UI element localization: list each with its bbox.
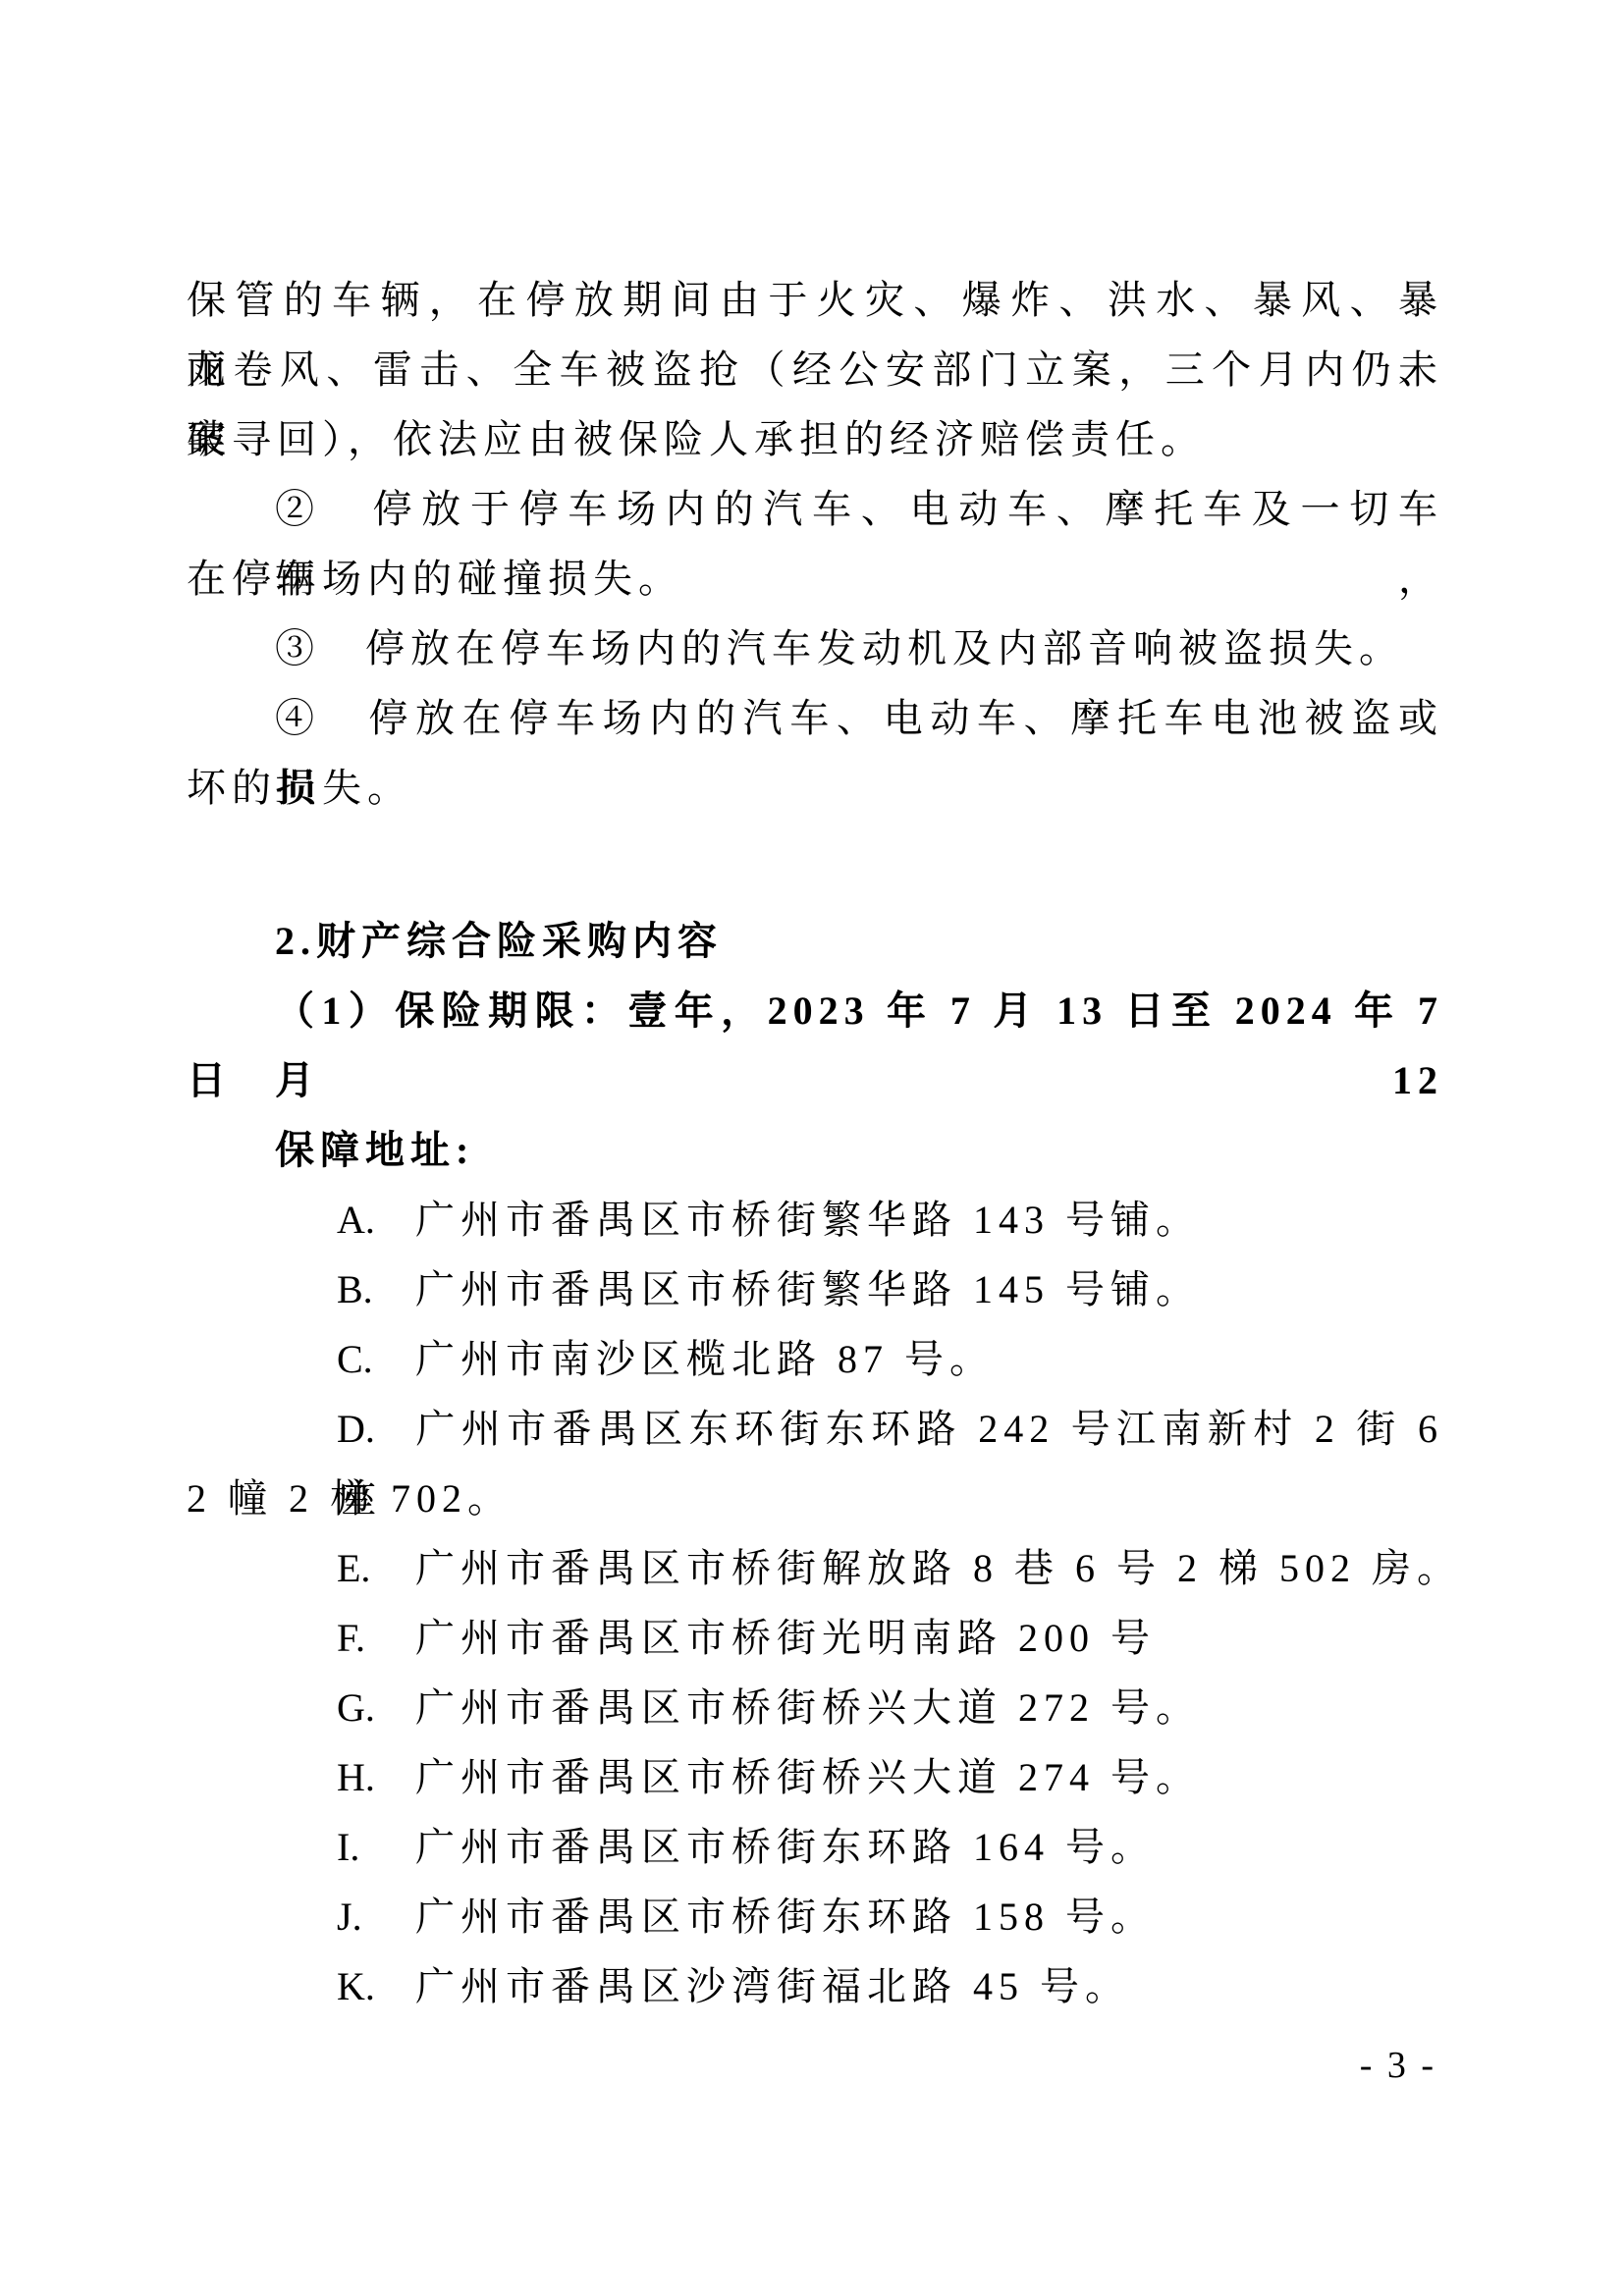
heading-line: 保障地址: — [187, 1115, 1443, 1185]
page-number: - 3 - — [1360, 2045, 1436, 2086]
address-item-label: I. — [337, 1812, 415, 1882]
address-item-text: 广州市番禺区市桥街东环路 164 号。 — [415, 1825, 1156, 1869]
address-line: G.广州市番禺区市桥街桥兴大道 272 号。 — [187, 1673, 1443, 1742]
address-item-text: 广州市南沙区榄北路 87 号。 — [415, 1337, 995, 1381]
page-footer: - 3 - — [0, 2044, 1436, 2087]
address-item-label: K. — [337, 1951, 415, 2021]
address-line: F.广州市番禺区市桥街光明南路 200 号 — [187, 1603, 1443, 1673]
address-item-label: H. — [337, 1742, 415, 1812]
address-item-label: A. — [337, 1185, 415, 1255]
address-line: I.广州市番禺区市桥街东环路 164 号。 — [187, 1812, 1443, 1882]
address-item-label: J. — [337, 1882, 415, 1951]
address-line: B.广州市番禺区市桥街繁华路 145 号铺。 — [187, 1255, 1443, 1324]
address-line: C.广州市南沙区榄北路 87 号。 — [187, 1324, 1443, 1394]
address-item-text: 广州市番禺区市桥街桥兴大道 272 号。 — [415, 1685, 1201, 1730]
address-item-text: 广州市番禺区市桥街桥兴大道 274 号。 — [415, 1755, 1201, 1799]
document-body: 保管的车辆，在停放期间由于火灾、爆炸、洪水、暴风、暴雨、龙卷风、雷击、全车被盗抢… — [187, 265, 1443, 2021]
heading-line: （1）保险期限：壹年，2023 年 7 月 13 日至 2024 年 7 月 1… — [187, 976, 1443, 1045]
text-line: 坏的损失。 — [187, 753, 1443, 823]
address-item-label: F. — [337, 1603, 415, 1673]
address-item-text: 广州市番禺区市桥街繁华路 143 号铺。 — [415, 1198, 1201, 1242]
address-item-label: B. — [337, 1255, 415, 1324]
address-item-label: D. — [337, 1394, 415, 1464]
address-line: A.广州市番禺区市桥街繁华路 143 号铺。 — [187, 1185, 1443, 1255]
address-item-text: 广州市番禺区沙湾街福北路 45 号。 — [415, 1964, 1130, 2008]
address-item-label: E. — [337, 1533, 415, 1603]
address-item-text: 广州市番禺区市桥街东环路 158 号。 — [415, 1895, 1156, 1939]
blank-line — [187, 823, 1443, 892]
address-line: H.广州市番禺区市桥街桥兴大道 274 号。 — [187, 1742, 1443, 1812]
address-line: E.广州市番禺区市桥街解放路 8 巷 6 号 2 梯 502 房。 — [187, 1533, 1443, 1603]
address-line: J.广州市番禺区市桥街东环路 158 号。 — [187, 1882, 1443, 1951]
address-item-text: 广州市番禺区市桥街解放路 8 巷 6 号 2 梯 502 房。 — [415, 1546, 1462, 1590]
address-item-text: 广州市番禺区市桥街光明南路 200 号 — [415, 1616, 1156, 1660]
address-item-label: C. — [337, 1324, 415, 1394]
text-line: 案寻回），依法应由被保险人承担的经济赔偿责任。 — [187, 404, 1443, 474]
address-item-label: G. — [337, 1673, 415, 1742]
document-page: 保管的车辆，在停放期间由于火灾、爆炸、洪水、暴风、暴雨、龙卷风、雷击、全车被盗抢… — [0, 0, 1624, 2296]
address-line: D.广州市番禺区东环街东环路 242 号江南新村 2 街 6 座 — [187, 1394, 1443, 1464]
text-line: 保管的车辆，在停放期间由于火灾、爆炸、洪水、暴风、暴雨、 — [187, 265, 1443, 335]
text-line: 龙卷风、雷击、全车被盗抢（经公安部门立案，三个月内仍未破 — [187, 335, 1443, 404]
text-line: ④ 停放在停车场内的汽车、电动车、摩托车电池被盗或损 — [187, 683, 1443, 753]
text-line: 2 幢 2 梯 702。 — [187, 1464, 1443, 1533]
address-item-text: 广州市番禺区市桥街繁华路 145 号铺。 — [415, 1267, 1201, 1311]
text-line: ③ 停放在停车场内的汽车发动机及内部音响被盗损失。 — [187, 614, 1443, 683]
heading-line: 2.财产综合险采购内容 — [187, 906, 1443, 976]
text-line: ② 停放于停车场内的汽车、电动车、摩托车及一切车辆， — [187, 474, 1443, 544]
address-line: K.广州市番禺区沙湾街福北路 45 号。 — [187, 1951, 1443, 2021]
